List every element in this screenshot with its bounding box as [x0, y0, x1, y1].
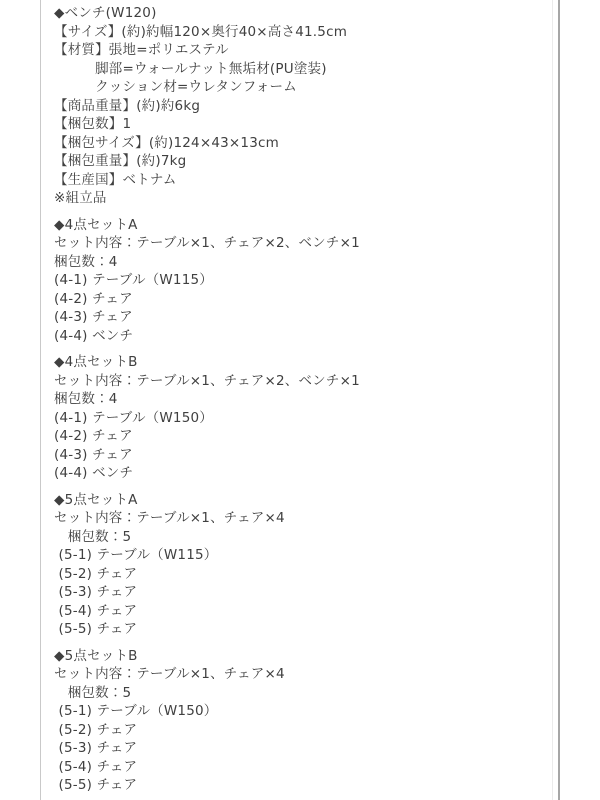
product-spec-page: ◆ベンチ(W120)【サイズ】(約)約幅120×奥行40×高さ41.5cm【材質… — [0, 0, 600, 800]
spec-line: 梱包数：4 — [54, 390, 544, 409]
spec-line: (4-3) チェア — [54, 308, 544, 327]
spec-line: 梱包数：5 — [54, 684, 544, 703]
spec-line: セット内容：テーブル×1、チェア×2、ベンチ×1 — [54, 372, 544, 391]
spec-line: 【梱包数】1 — [54, 115, 544, 134]
spec-section-set-4b: ◆4点セットBセット内容：テーブル×1、チェア×2、ベンチ×1梱包数：4(4-1… — [54, 353, 544, 483]
spec-line: (4-3) チェア — [54, 446, 544, 465]
spec-line: (4-2) チェア — [54, 290, 544, 309]
spec-section-set-4a: ◆4点セットAセット内容：テーブル×1、チェア×2、ベンチ×1梱包数：4(4-1… — [54, 216, 544, 346]
spec-line: (4-1) テーブル（W150） — [54, 409, 544, 428]
section-heading: ◆5点セットB — [54, 647, 544, 666]
spec-section-set-5b: ◆5点セットBセット内容：テーブル×1、チェア×4 梱包数：5 (5-1) テー… — [54, 647, 544, 795]
spec-line: (5-5) チェア — [54, 776, 544, 795]
section-heading: ◆4点セットA — [54, 216, 544, 235]
spec-line: (5-2) チェア — [54, 721, 544, 740]
spec-line: クッション材=ウレタンフォーム — [54, 78, 544, 97]
spec-line: 梱包数：4 — [54, 253, 544, 272]
section-heading: ◆ベンチ(W120) — [54, 4, 544, 23]
spec-line: セット内容：テーブル×1、チェア×4 — [54, 665, 544, 684]
spec-line: (4-1) テーブル（W115） — [54, 271, 544, 290]
right-border-rule-dark — [558, 0, 560, 800]
section-heading: ◆5点セットA — [54, 491, 544, 510]
spec-line: セット内容：テーブル×1、チェア×2、ベンチ×1 — [54, 234, 544, 253]
spec-line: 【生産国】ベトナム — [54, 171, 544, 190]
spec-line: (5-5) チェア — [54, 620, 544, 639]
spec-line: (5-4) チェア — [54, 602, 544, 621]
spec-line: (5-4) チェア — [54, 758, 544, 777]
spec-line: (4-4) ベンチ — [54, 464, 544, 483]
spec-line: (5-2) チェア — [54, 565, 544, 584]
spec-line: (5-1) テーブル（W115） — [54, 546, 544, 565]
right-border-rule-faint — [552, 0, 553, 800]
spec-line: 【商品重量】(約)約6kg — [54, 97, 544, 116]
spec-section-set-5a: ◆5点セットAセット内容：テーブル×1、チェア×4 梱包数：5 (5-1) テー… — [54, 491, 544, 639]
spec-line: (5-3) チェア — [54, 583, 544, 602]
section-heading: ◆4点セットB — [54, 353, 544, 372]
spec-content: ◆ベンチ(W120)【サイズ】(約)約幅120×奥行40×高さ41.5cm【材質… — [54, 4, 544, 795]
spec-line: 脚部=ウォールナット無垢材(PU塗装) — [54, 60, 544, 79]
spec-line: (5-1) テーブル（W150） — [54, 702, 544, 721]
spec-line: 梱包数：5 — [54, 528, 544, 547]
left-border-rule — [40, 0, 41, 800]
spec-line: (5-3) チェア — [54, 739, 544, 758]
spec-line: (4-4) ベンチ — [54, 327, 544, 346]
spec-line: 【材質】張地=ポリエステル — [54, 41, 544, 60]
spec-line: 【梱包重量】(約)7kg — [54, 152, 544, 171]
spec-line: 【梱包サイズ】(約)124×43×13cm — [54, 134, 544, 153]
spec-line: セット内容：テーブル×1、チェア×4 — [54, 509, 544, 528]
spec-line: 【サイズ】(約)約幅120×奥行40×高さ41.5cm — [54, 23, 544, 42]
spec-line: ※組立品 — [54, 189, 544, 208]
spec-line: (4-2) チェア — [54, 427, 544, 446]
spec-section-bench-spec: ◆ベンチ(W120)【サイズ】(約)約幅120×奥行40×高さ41.5cm【材質… — [54, 4, 544, 208]
